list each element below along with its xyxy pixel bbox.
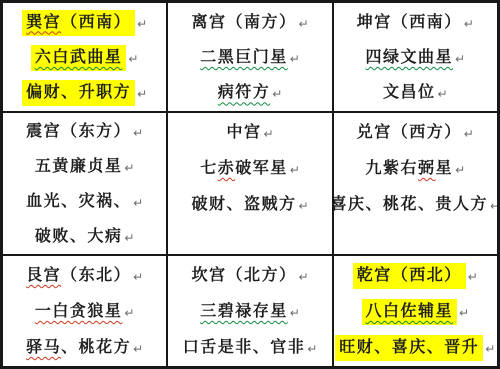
text-line: 破败、大病↵ — [35, 219, 135, 254]
paragraph-mark-icon: ↵ — [272, 87, 282, 101]
paragraph-mark-icon: ↵ — [124, 231, 134, 245]
text: 破败、大病 — [35, 225, 123, 249]
spellcheck-red-wavy-text: 赤 — [218, 160, 236, 177]
text: 中宫 — [226, 121, 261, 145]
text: 坤宫（西南） — [357, 11, 462, 35]
text-part: 偏财、升职方 — [26, 84, 131, 101]
paragraph-mark-icon: ↵ — [133, 342, 143, 356]
paragraph-mark-icon: ↵ — [137, 87, 147, 101]
highlighted-text: 巽宫（西南） — [22, 10, 135, 36]
text-line: 口舌是非、官非↵ — [183, 330, 318, 366]
cell-gen-palace-northeast: 艮宫（东北）↵一白贪狼星↵驿马、桃花方↵ — [2, 255, 167, 367]
text: 坎宫（北方） — [191, 264, 296, 288]
text-line: 二黑巨门星↵ — [200, 40, 300, 75]
paragraph-mark-icon: ↵ — [263, 127, 273, 141]
text-line: 四绿文曲星↵ — [366, 40, 466, 75]
text: 震宫（东方） — [26, 120, 131, 144]
text-line: 七赤破军星↵ — [200, 151, 300, 187]
text-part: 破财、盗贼方 — [191, 196, 296, 213]
text: 口舌是非、官非 — [183, 336, 306, 360]
text-line: 驿马、桃花方↵ — [26, 330, 143, 366]
text-line: 中宫↵ — [226, 115, 273, 151]
text-line: 兑宫（西方）↵ — [357, 115, 474, 151]
paragraph-mark-icon: ↵ — [455, 163, 465, 177]
paragraph-mark-icon: ↵ — [298, 270, 308, 284]
text-line: 乾宫（西北）↵ — [353, 258, 478, 294]
text-part: 乾宫（西北） — [357, 267, 462, 284]
text-line: 艮宫（东北）↵ — [26, 258, 143, 294]
paragraph-mark-icon: ↵ — [468, 270, 478, 284]
paragraph-mark-icon: ↵ — [459, 306, 469, 320]
text: 兑宫（西方） — [357, 121, 462, 145]
cell-qian-palace-northwest: 乾宫（西北）↵八白佐辅星↵旺财、喜庆、晋升↵ — [333, 255, 498, 367]
highlighted-text: 乾宫（西北） — [353, 263, 466, 289]
spellcheck-green-wavy-text: 六白武曲星 — [35, 49, 123, 66]
text-line: 旺财、喜庆、晋升↵ — [335, 330, 495, 366]
spellcheck-green-wavy-text: 病符方 — [218, 84, 271, 101]
text-part: 坎宫（北方） — [191, 267, 296, 284]
text: 喜庆、桃花、贵人方 — [333, 193, 488, 217]
paragraph-mark-icon: ↵ — [298, 17, 308, 31]
text-line: 偏财、升职方↵ — [22, 76, 147, 111]
cell-kan-palace-north: 坎宫（北方）↵三碧禄存星↵口舌是非、官非↵ — [167, 255, 332, 367]
text-part: 破败、大病 — [35, 228, 123, 245]
cell-xun-palace-southwest: 巽宫（西南）↵六白武曲星↵偏财、升职方↵ — [2, 2, 167, 112]
text: 病符方 — [218, 81, 271, 105]
text-part: 破军星 — [235, 160, 288, 177]
paragraph-mark-icon: ↵ — [438, 87, 448, 101]
text-line: 五黄廉贞星↵ — [35, 150, 135, 185]
text-part: 离宫（南方） — [191, 14, 296, 31]
spellcheck-red-wavy-text: 艮宫 — [26, 267, 61, 284]
spellcheck-green-wavy-text: 三碧禄存星 — [200, 303, 288, 320]
spellcheck-green-wavy-text: 八白佐辅星 — [366, 303, 454, 320]
highlighted-text: 八白佐辅星 — [362, 299, 458, 325]
text-line: 喜庆、桃花、贵人方↵ — [333, 187, 498, 223]
text-part: 星 — [436, 160, 454, 177]
spellcheck-red-wavy-text: 巽宫 — [26, 14, 61, 31]
paragraph-mark-icon: ↵ — [133, 270, 143, 284]
text-line: 一白贪狼星↵ — [35, 294, 135, 330]
spellcheck-red-wavy-text: 弼 — [418, 160, 436, 177]
spellcheck-red-wavy-text: 一白贪狼星 — [35, 303, 123, 320]
text-part: （西南） — [61, 14, 131, 31]
text-part: （东北） — [61, 267, 131, 284]
text: 破财、盗贼方 — [191, 193, 296, 217]
text-part: 喜庆、桃花、贵人方 — [333, 196, 488, 213]
paragraph-mark-icon: ↵ — [485, 342, 495, 356]
paragraph-mark-icon: ↵ — [124, 306, 134, 320]
paragraph-mark-icon: ↵ — [307, 342, 317, 356]
text: 三碧禄存星 — [200, 300, 288, 324]
paragraph-mark-icon: ↵ — [290, 306, 300, 320]
text-part: 九紫右 — [366, 160, 419, 177]
nine-palace-table: 巽宫（西南）↵六白武曲星↵偏财、升职方↵离宫（南方）↵二黑巨门星↵病符方↵坤宫（… — [0, 0, 500, 369]
paragraph-mark-icon: ↵ — [490, 199, 498, 213]
text-line: 巽宫（西南）↵ — [22, 5, 147, 40]
paragraph-mark-icon: ↵ — [455, 52, 465, 66]
text: 文昌位 — [383, 81, 436, 105]
highlighted-text: 旺财、喜庆、晋升 — [335, 335, 483, 361]
text-line: 九紫右弼星↵ — [366, 151, 466, 187]
text: 九紫右弼星 — [366, 157, 454, 181]
cell-dui-palace-west: 兑宫（西方）↵九紫右弼星↵喜庆、桃花、贵人方↵ — [333, 112, 498, 255]
text-line: 八白佐辅星↵ — [362, 294, 470, 330]
spellcheck-green-wavy-text: 二黑巨门星 — [200, 49, 288, 66]
text-part: 七 — [200, 160, 218, 177]
text-line: 三碧禄存星↵ — [200, 294, 300, 330]
text-line: 病符方↵ — [218, 76, 283, 111]
paragraph-mark-icon: ↵ — [137, 17, 147, 31]
paragraph-mark-icon: ↵ — [290, 52, 300, 66]
text-part: 五黄廉贞星 — [35, 158, 123, 175]
text-part: 血光、灾祸、 — [26, 193, 131, 210]
cell-li-palace-south: 离宫（南方）↵二黑巨门星↵病符方↵ — [167, 2, 332, 112]
text-line: 坎宫（北方）↵ — [191, 258, 308, 294]
text-part: 、桃花方 — [61, 339, 131, 356]
highlighted-text: 偏财、升职方 — [22, 80, 135, 106]
text-part: 兑宫（西方） — [357, 124, 462, 141]
text: 一白贪狼星 — [35, 300, 123, 324]
text: 五黄廉贞星 — [35, 155, 123, 179]
spellcheck-green-wavy-text: 四绿文曲星 — [366, 49, 454, 66]
paragraph-mark-icon: ↵ — [133, 126, 143, 140]
text-part: 坤宫（西南） — [357, 14, 462, 31]
cell-zhen-palace-east: 震宫（东方）↵五黄廉贞星↵血光、灾祸、↵破败、大病↵ — [2, 112, 167, 255]
text: 血光、灾祸、 — [26, 190, 131, 214]
text-line: 六白武曲星↵ — [31, 40, 139, 75]
paragraph-mark-icon: ↵ — [464, 17, 474, 31]
text-part: 文昌位 — [383, 84, 436, 101]
text: 驿马、桃花方 — [26, 336, 131, 360]
paragraph-mark-icon: ↵ — [128, 52, 138, 66]
text-line: 文昌位↵ — [383, 76, 448, 111]
paragraph-mark-icon: ↵ — [133, 196, 143, 210]
text-line: 震宫（东方）↵ — [26, 115, 143, 150]
text-line: 破财、盗贼方↵ — [191, 187, 308, 223]
cell-kun-palace-southwest: 坤宫（西南）↵四绿文曲星↵文昌位↵ — [333, 2, 498, 112]
paragraph-mark-icon: ↵ — [124, 161, 134, 175]
text: 七赤破军星 — [200, 157, 288, 181]
cell-center-palace: 中宫↵七赤破军星↵破财、盗贼方↵ — [167, 112, 332, 255]
text: 四绿文曲星 — [366, 46, 454, 70]
paragraph-mark-icon: ↵ — [464, 127, 474, 141]
text-line: 坤宫（西南）↵ — [357, 5, 474, 40]
text: 艮宫（东北） — [26, 264, 131, 288]
text-line: 血光、灾祸、↵ — [26, 185, 143, 220]
text-part: 震宫（东方） — [26, 123, 131, 140]
spellcheck-red-wavy-text: 驿马 — [26, 339, 61, 356]
highlighted-text: 六白武曲星 — [31, 45, 127, 71]
text-line: 离宫（南方）↵ — [191, 5, 308, 40]
paragraph-mark-icon: ↵ — [290, 163, 300, 177]
paragraph-mark-icon: ↵ — [298, 199, 308, 213]
text: 离宫（南方） — [191, 11, 296, 35]
text-part: 口舌是非、官非 — [183, 339, 306, 356]
text-part: 中宫 — [226, 124, 261, 141]
text: 二黑巨门星 — [200, 46, 288, 70]
text-part: 旺财、喜庆、晋升 — [339, 339, 479, 356]
